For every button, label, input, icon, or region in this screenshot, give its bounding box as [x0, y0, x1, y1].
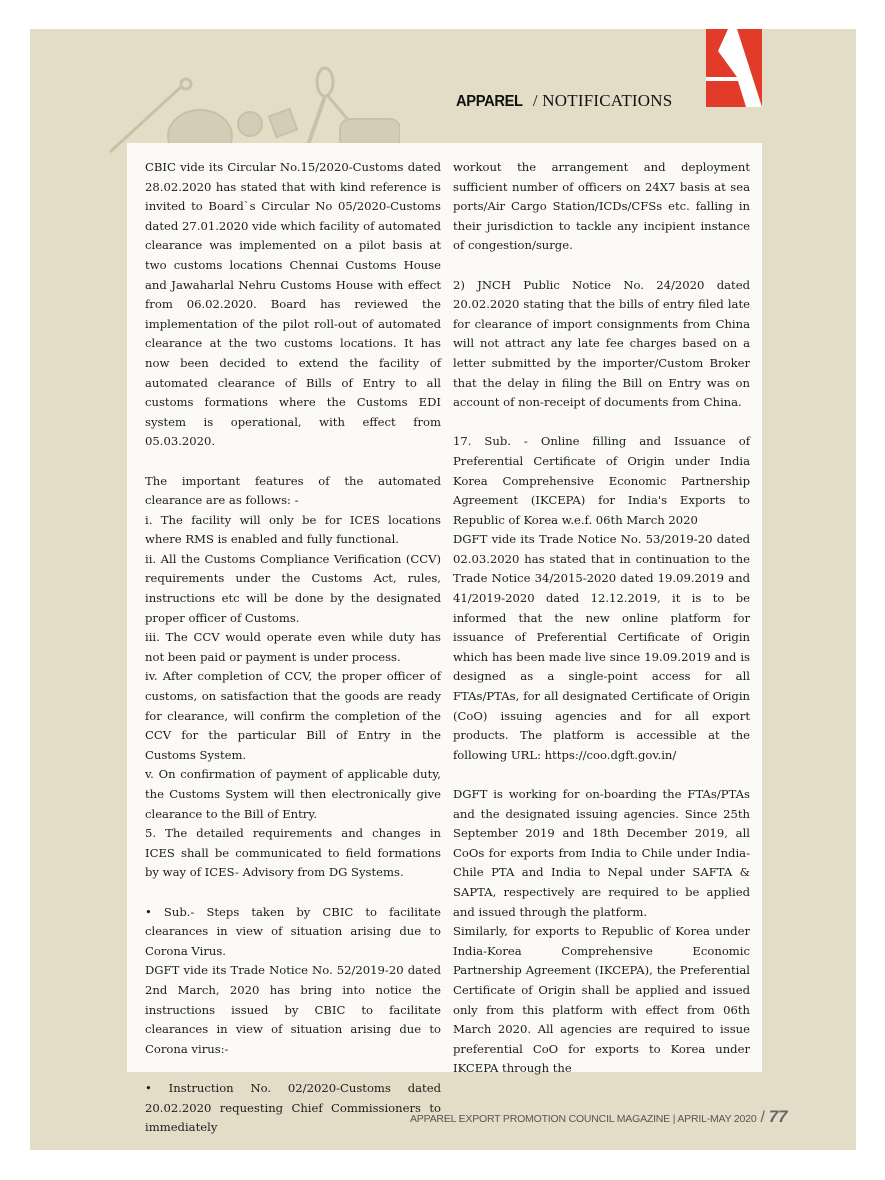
section-separator: /: [528, 91, 542, 110]
subject-heading: • Sub.- Steps taken by CBIC to facilitat…: [145, 903, 441, 962]
article-column-left: CBIC vide its Circular No.15/2020-Custom…: [145, 158, 441, 1138]
paragraph: DGFT vide its Trade Notice No. 52/2019-2…: [145, 961, 441, 1059]
subject-heading: 17. Sub. - Online filling and Issuance o…: [453, 432, 750, 530]
page-footer: APPAREL EXPORT PROMOTION COUNCIL MAGAZIN…: [410, 1107, 787, 1127]
paragraph: workout the arrangement and deployment s…: [453, 158, 750, 256]
apparel-logo-icon: [706, 29, 762, 107]
list-item: 5. The detailed requirements and changes…: [145, 824, 441, 883]
magazine-page: APPAREL / NOTIFICATIONS CBIC vide its Ci…: [30, 29, 856, 1150]
paragraph: 2) JNCH Public Notice No. 24/2020 dated …: [453, 276, 750, 413]
section-header: APPAREL / NOTIFICATIONS: [456, 91, 672, 111]
list-item: iii. The CCV would operate even while du…: [145, 628, 441, 667]
list-item: i. The facility will only be for ICES lo…: [145, 511, 441, 550]
sewing-notions-illustration: [100, 64, 400, 154]
article-column-right: workout the arrangement and deployment s…: [453, 158, 750, 1079]
paragraph: CBIC vide its Circular No.15/2020-Custom…: [145, 158, 441, 452]
paragraph: The important features of the automated …: [145, 472, 441, 511]
section-category: APPAREL: [456, 93, 523, 111]
page-number: 77: [769, 1107, 788, 1126]
section-title: NOTIFICATIONS: [542, 91, 672, 110]
paragraph: DGFT is working for on-boarding the FTAs…: [453, 785, 750, 922]
paragraph: Similarly, for exports to Republic of Ko…: [453, 922, 750, 1079]
article-panel: CBIC vide its Circular No.15/2020-Custom…: [127, 143, 762, 1072]
list-item: iv. After completion of CCV, the proper …: [145, 667, 441, 765]
paragraph: DGFT vide its Trade Notice No. 53/2019-2…: [453, 530, 750, 765]
list-item: • Instruction No. 02/2020-Customs dated …: [145, 1079, 441, 1138]
footer-separator: /: [760, 1109, 764, 1126]
publication-info: APPAREL EXPORT PROMOTION COUNCIL MAGAZIN…: [410, 1113, 756, 1125]
list-item: v. On confirmation of payment of applica…: [145, 765, 441, 824]
list-item: ii. All the Customs Compliance Verificat…: [145, 550, 441, 628]
